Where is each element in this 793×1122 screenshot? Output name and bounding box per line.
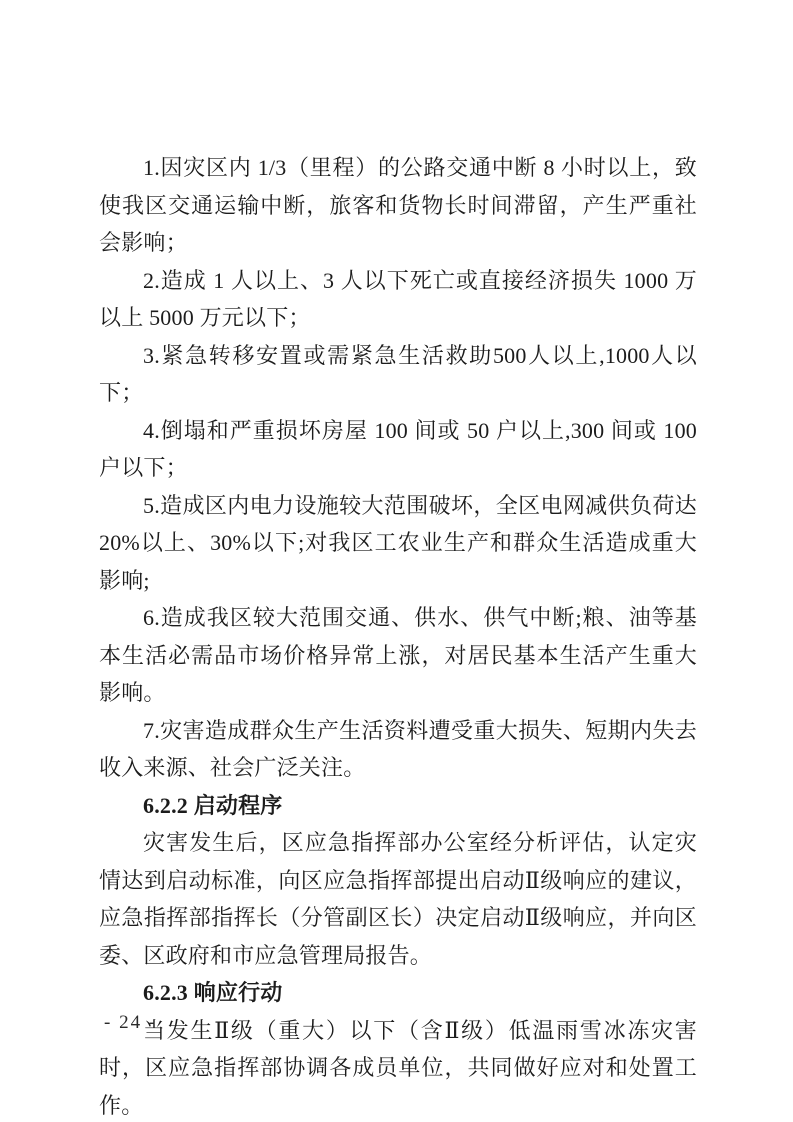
paragraph-item-7: 7.灾害造成群众生产生活资料遭受重大损失、短期内失去收入来源、社会广泛关注。 xyxy=(99,712,697,787)
paragraph-item-4: 4.倒塌和严重损坏房屋 100 间或 50 户以上,300 间或 100 户以下… xyxy=(99,412,697,487)
section-heading-6-2-2: 6.2.2 启动程序 xyxy=(99,787,697,825)
paragraph-response: 当发生Ⅱ级（重大）以下（含Ⅱ级）低温雨雪冰冻灾害时，区应急指挥部协调各成员单位，… xyxy=(99,1012,697,1122)
document-page: 1.因灾区内 1/3（里程）的公路交通中断 8 小时以上，致使我区交通运输中断，… xyxy=(0,0,793,1122)
paragraph-item-3: 3.紧急转移安置或需紧急生活救助500人以上,1000人以下； xyxy=(99,337,697,412)
paragraph-item-2: 2.造成 1 人以上、3 人以下死亡或直接经济损失 1000 万以上 5000 … xyxy=(99,262,697,337)
section-heading-6-2-3: 6.2.3 响应行动 xyxy=(99,974,697,1012)
page-number: - 24 - xyxy=(104,1008,157,1038)
document-body: 1.因灾区内 1/3（里程）的公路交通中断 8 小时以上，致使我区交通运输中断，… xyxy=(99,149,697,1122)
paragraph-item-5: 5.造成区内电力设施较大范围破坏，全区电网减供负荷达 20%以上、30%以下;对… xyxy=(99,487,697,600)
paragraph-item-6: 6.造成我区较大范围交通、供水、供气中断;粮、油等基本生活必需品市场价格异常上涨… xyxy=(99,599,697,712)
paragraph-startup: 灾害发生后，区应急指挥部办公室经分析评估，认定灾情达到启动标准，向区应急指挥部提… xyxy=(99,824,697,974)
paragraph-item-1: 1.因灾区内 1/3（里程）的公路交通中断 8 小时以上，致使我区交通运输中断，… xyxy=(99,149,697,262)
